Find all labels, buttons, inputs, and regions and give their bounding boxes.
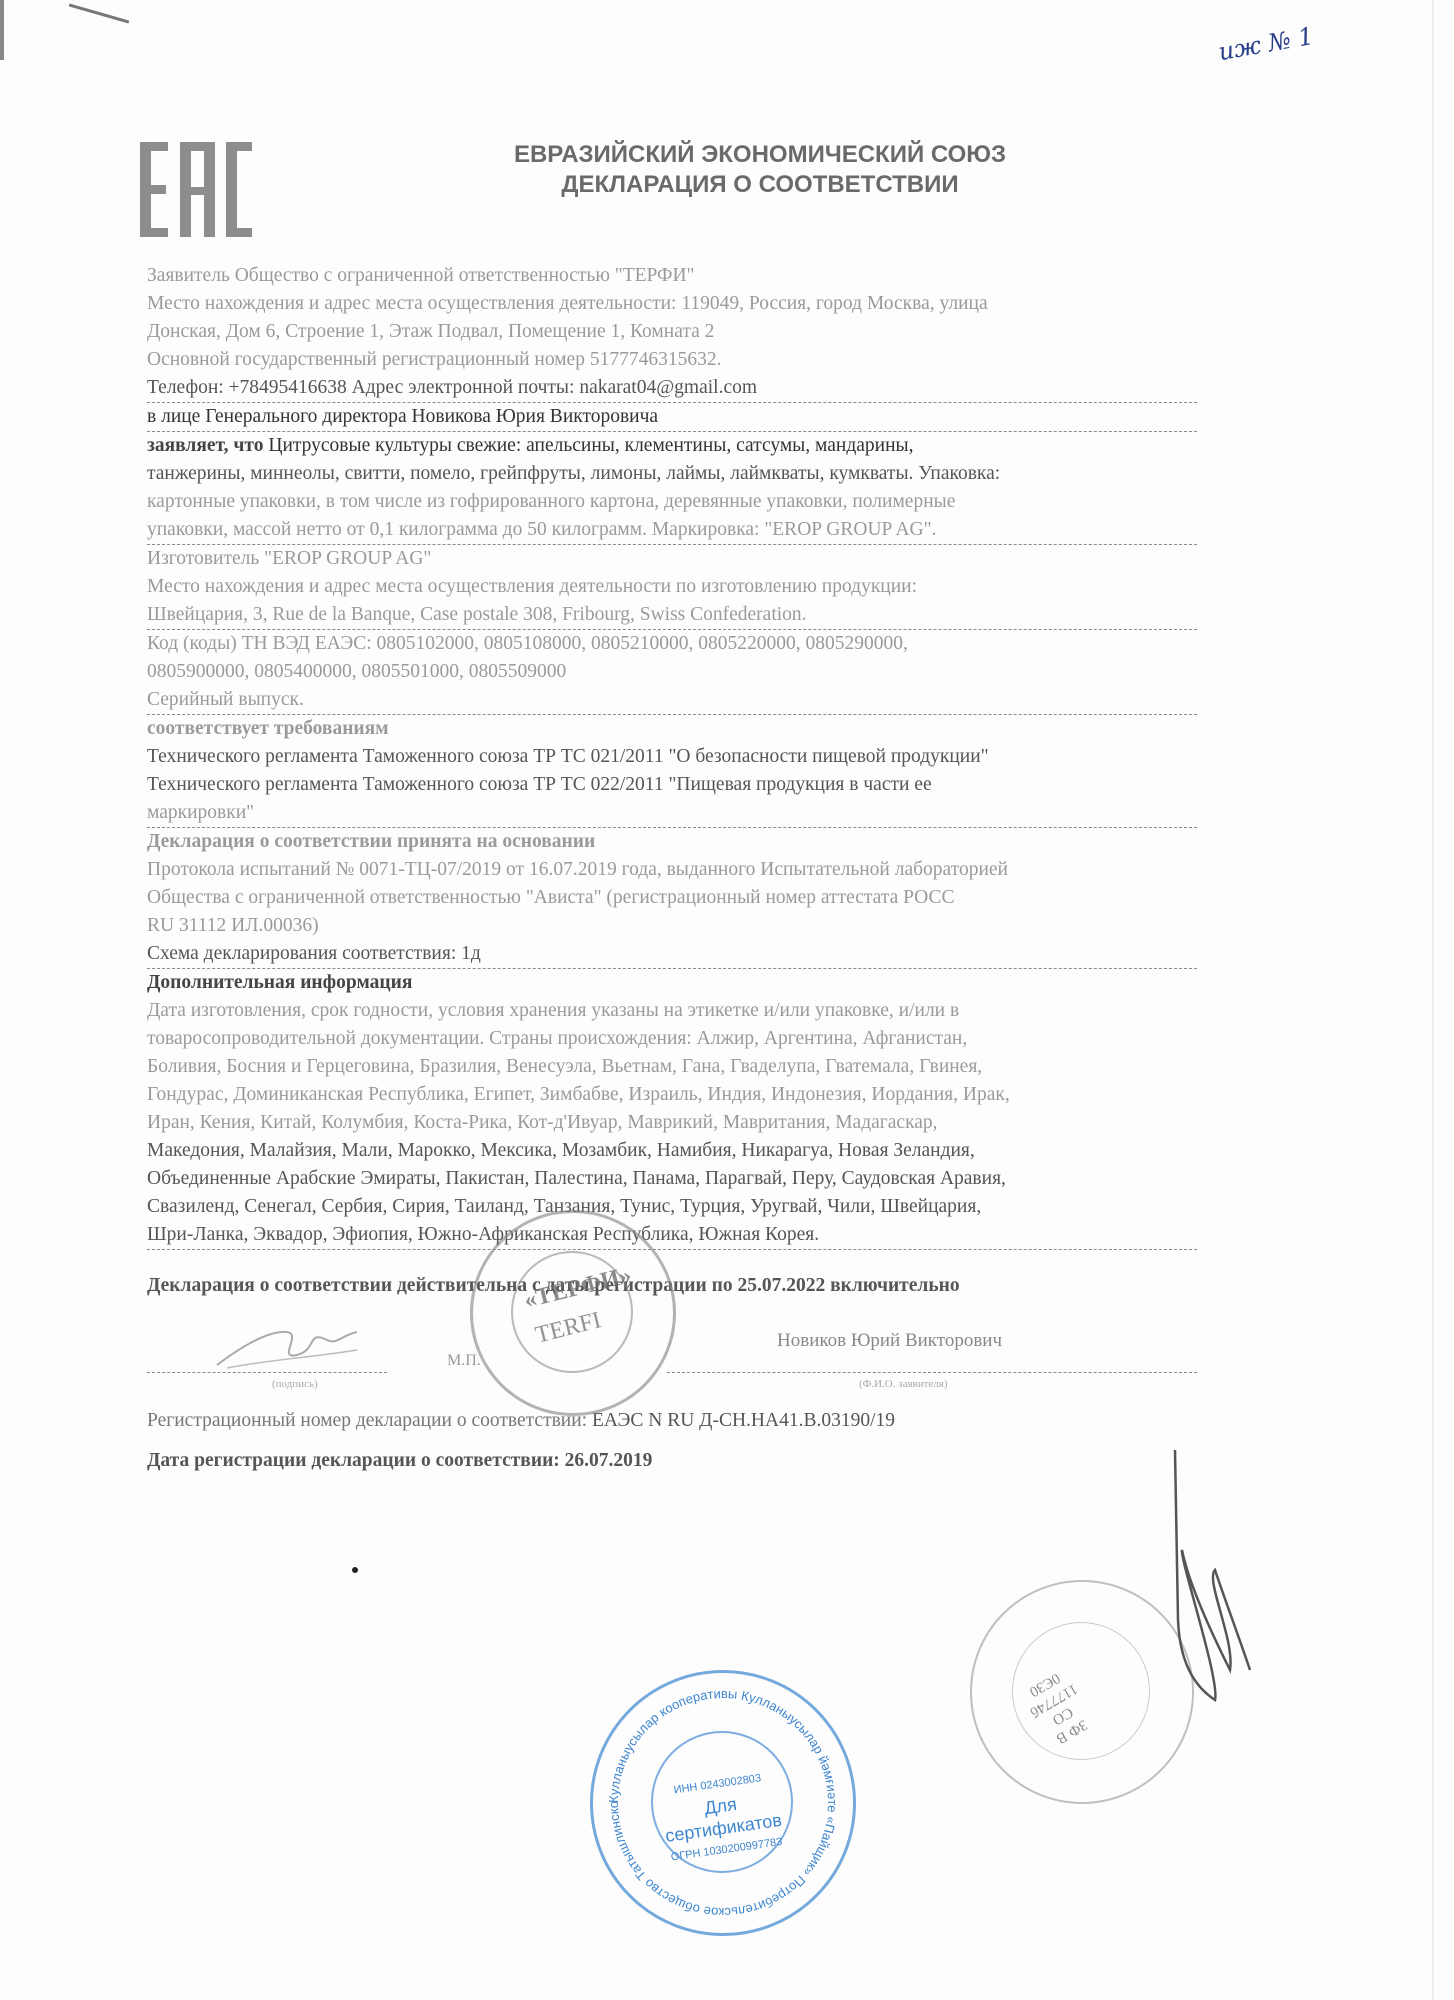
- applicant-address: Место нахождения и адрес места осуществл…: [147, 290, 1197, 318]
- corner-mark: [69, 4, 129, 24]
- declares-lead: заявляет, что: [147, 435, 264, 456]
- registration-number: ЕАЭС N RU Д-CH.HA41.B.03190/19: [592, 1410, 895, 1431]
- representative: в лице Генерального директора Новикова Ю…: [147, 403, 1197, 431]
- additional-line-4: Гондурас, Доминиканская Республика, Егип…: [147, 1081, 1197, 1109]
- manufacturer-address: Швейцария, 3, Rue de la Banque, Case pos…: [147, 601, 1197, 629]
- additional-line-6: Македония, Малайзия, Мали, Марокко, Мекс…: [147, 1137, 1197, 1165]
- manufacturer-address-label: Место нахождения и адрес места осуществл…: [147, 573, 1197, 601]
- regulation-022-cont: маркировки": [147, 799, 1197, 827]
- declaration-body: Заявитель Общество с ограниченной ответс…: [147, 262, 1197, 1250]
- handwritten-signature-icon: [1160, 1440, 1270, 1720]
- product-line-2: танжерины, миннеолы, свитти, помело, гре…: [147, 460, 1197, 488]
- representative-block: в лице Генерального директора Новикова Ю…: [147, 403, 1197, 432]
- conformity-heading: соответствует требованиям: [147, 715, 1197, 743]
- additional-line-9: Шри-Ланка, Эквадор, Эфиопия, Южно-Африка…: [147, 1221, 1197, 1249]
- hs-codes: Код (коды) ТН ВЭД ЕАЭС: 0805102000, 0805…: [147, 630, 1197, 658]
- serial-release: Серийный выпуск.: [147, 686, 1197, 714]
- test-protocol: Протокола испытаний № 0071-ТЦ-07/2019 от…: [147, 856, 1197, 884]
- scan-border: [1432, 0, 1434, 2000]
- declaration-scheme: Схема декларирования соответствия: 1д: [147, 940, 1197, 968]
- product-line-1: Цитрусовые культуры свежие: апельсины, к…: [264, 435, 914, 456]
- additional-line-1: Дата изготовления, срок годности, услови…: [147, 997, 1197, 1025]
- registration-number-label: Регистрационный номер декларации о соотв…: [147, 1410, 592, 1431]
- applicant-contacts: Телефон: +78495416638 Адрес электронной …: [147, 374, 1197, 402]
- signature-line: [147, 1372, 387, 1373]
- test-lab: Общества с ограниченной ответственностью…: [147, 884, 1197, 912]
- additional-line-2: товаросопроводительной документации. Стр…: [147, 1025, 1197, 1053]
- document-title: ЕВРАЗИЙСКИЙ ЭКОНОМИЧЕСКИЙ СОЮЗ ДЕКЛАРАЦИ…: [420, 140, 1100, 200]
- registration-date-line: Дата регистрации декларации о соответств…: [147, 1450, 652, 1472]
- ink-dot: [352, 1567, 358, 1573]
- applicant-block: Заявитель Общество с ограниченной ответс…: [147, 262, 1197, 403]
- applicant-name: Заявитель Общество с ограниченной ответс…: [147, 262, 1197, 290]
- product-block: заявляет, что Цитрусовые культуры свежие…: [147, 432, 1197, 545]
- additional-line-8: Свазиленд, Сенегал, Сербия, Сирия, Таила…: [147, 1193, 1197, 1221]
- product-line-4: упаковки, массой нетто от 0,1 килограмма…: [147, 516, 1197, 544]
- basis-heading: Декларация о соответствии принята на осн…: [147, 828, 1197, 856]
- signature-icon: [207, 1320, 367, 1375]
- lab-accreditation: RU 31112 ИЛ.00036): [147, 912, 1197, 940]
- regulation-022: Технического регламента Таможенного союз…: [147, 771, 1197, 799]
- additional-line-3: Боливия, Босния и Герцеговина, Бразилия,…: [147, 1053, 1197, 1081]
- scan-edge: [0, 0, 4, 60]
- conformity-block: соответствует требованиям Технического р…: [147, 715, 1197, 828]
- title-union: ЕВРАЗИЙСКИЙ ЭКОНОМИЧЕСКИЙ СОЮЗ: [420, 140, 1100, 170]
- seal-place-label: М.П.: [447, 1352, 481, 1370]
- title-declaration: ДЕКЛАРАЦИЯ О СООТВЕТСТВИИ: [420, 170, 1100, 200]
- manufacturer-block: Изготовитель "EROP GROUP AG" Место нахож…: [147, 545, 1197, 630]
- manufacturer-name: Изготовитель "EROP GROUP AG": [147, 545, 1197, 573]
- registration-date: 26.07.2019: [565, 1450, 653, 1471]
- applicant-ogrn: Основной государственный регистрационный…: [147, 346, 1197, 374]
- basis-block: Декларация о соответствии принята на осн…: [147, 828, 1197, 969]
- eac-logo-icon: [140, 142, 252, 237]
- certificate-stamp-icon: Кулланыусылар кооперативы Кулланыусылар …: [590, 1670, 856, 1936]
- hs-codes-block: Код (коды) ТН ВЭД ЕАЭС: 0805102000, 0805…: [147, 630, 1197, 715]
- additional-heading: Дополнительная информация: [147, 969, 1197, 997]
- signature-caption: (подпись): [272, 1378, 318, 1390]
- regulation-021: Технического регламента Таможенного союз…: [147, 743, 1197, 771]
- terfi-stamp-icon: «ТЕРФИ» TERFI: [470, 1210, 676, 1416]
- additional-line-7: Объединенные Арабские Эмираты, Пакистан,…: [147, 1165, 1197, 1193]
- registration-date-label: Дата регистрации декларации о соответств…: [147, 1450, 565, 1471]
- additional-block: Дополнительная информация Дата изготовле…: [147, 969, 1197, 1250]
- product-line-3: картонные упаковки, в том числе из гофри…: [147, 488, 1197, 516]
- additional-line-5: Иран, Кения, Китай, Колумбия, Коста-Рика…: [147, 1109, 1197, 1137]
- hs-codes-cont: 0805900000, 0805400000, 0805501000, 0805…: [147, 658, 1197, 686]
- signatory-name: Новиков Юрий Викторович: [777, 1330, 1002, 1352]
- registration-number-line: Регистрационный номер декларации о соотв…: [147, 1410, 895, 1432]
- handwritten-note: иж № 1: [1216, 22, 1315, 66]
- name-line: [667, 1372, 1197, 1373]
- name-caption: (Ф.И.О. заявителя): [859, 1378, 948, 1390]
- applicant-address-cont: Донская, Дом 6, Строение 1, Этаж Подвал,…: [147, 318, 1197, 346]
